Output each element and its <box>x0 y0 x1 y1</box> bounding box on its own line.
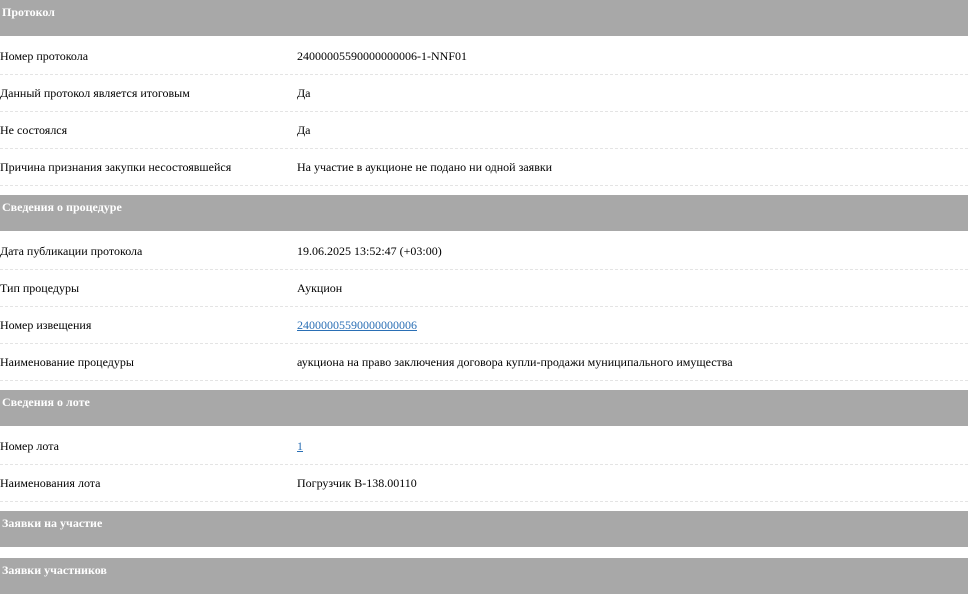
notice-number-link[interactable]: 24000005590000000006 <box>297 318 417 332</box>
field-label: Наименования лота <box>0 476 297 491</box>
field-label: Данный протокол является итоговым <box>0 86 297 101</box>
field-label: Причина признания закупки несостоявшейся <box>0 160 297 175</box>
section-applications: Заявки на участие <box>0 511 968 558</box>
field-value: аукциона на право заключения договора ку… <box>297 355 968 370</box>
field-label: Дата публикации протокола <box>0 244 297 259</box>
section-header-procedure[interactable]: Сведения о процедуре <box>0 195 968 231</box>
field-label: Тип процедуры <box>0 281 297 296</box>
field-value: 1 <box>297 439 968 454</box>
field-label: Номер извещения <box>0 318 297 333</box>
field-value: Да <box>297 123 968 138</box>
section-participant-applications: Заявки участников <box>0 558 968 594</box>
protocol-page: Протокол Номер протокола 240000055900000… <box>0 0 968 594</box>
field-value: Да <box>297 86 968 101</box>
row-notice-number: Номер извещения 24000005590000000006 <box>0 307 968 344</box>
section-lot: Сведения о лоте Номер лота 1 Наименовани… <box>0 390 968 511</box>
field-label: Номер протокола <box>0 49 297 64</box>
field-value: Погрузчик В-138.00110 <box>297 476 968 491</box>
field-label: Номер лота <box>0 439 297 454</box>
row-procedure-name: Наименование процедуры аукциона на право… <box>0 344 968 381</box>
row-procedure-type: Тип процедуры Аукцион <box>0 270 968 307</box>
row-protocol-number: Номер протокола 24000005590000000006-1-N… <box>0 38 968 75</box>
row-failure-reason: Причина признания закупки несостоявшейся… <box>0 149 968 186</box>
row-is-final: Данный протокол является итоговым Да <box>0 75 968 112</box>
field-value: Аукцион <box>297 281 968 296</box>
row-lot-name: Наименования лота Погрузчик В-138.00110 <box>0 465 968 502</box>
row-not-held: Не состоялся Да <box>0 112 968 149</box>
row-publication-date: Дата публикации протокола 19.06.2025 13:… <box>0 233 968 270</box>
field-value: 24000005590000000006 <box>297 318 968 333</box>
field-value: 19.06.2025 13:52:47 (+03:00) <box>297 244 968 259</box>
section-protocol: Протокол Номер протокола 240000055900000… <box>0 0 968 195</box>
section-header-protocol[interactable]: Протокол <box>0 0 968 36</box>
field-value: 24000005590000000006-1-NNF01 <box>297 49 968 64</box>
field-label: Наименование процедуры <box>0 355 297 370</box>
section-spacer <box>0 547 968 558</box>
section-header-lot[interactable]: Сведения о лоте <box>0 390 968 426</box>
field-label: Не состоялся <box>0 123 297 138</box>
section-procedure: Сведения о процедуре Дата публикации про… <box>0 195 968 390</box>
section-header-participant-applications[interactable]: Заявки участников <box>0 558 968 594</box>
section-header-applications[interactable]: Заявки на участие <box>0 511 968 547</box>
row-lot-number: Номер лота 1 <box>0 428 968 465</box>
field-value: На участие в аукционе не подано ни одной… <box>297 160 968 175</box>
lot-number-link[interactable]: 1 <box>297 439 303 453</box>
